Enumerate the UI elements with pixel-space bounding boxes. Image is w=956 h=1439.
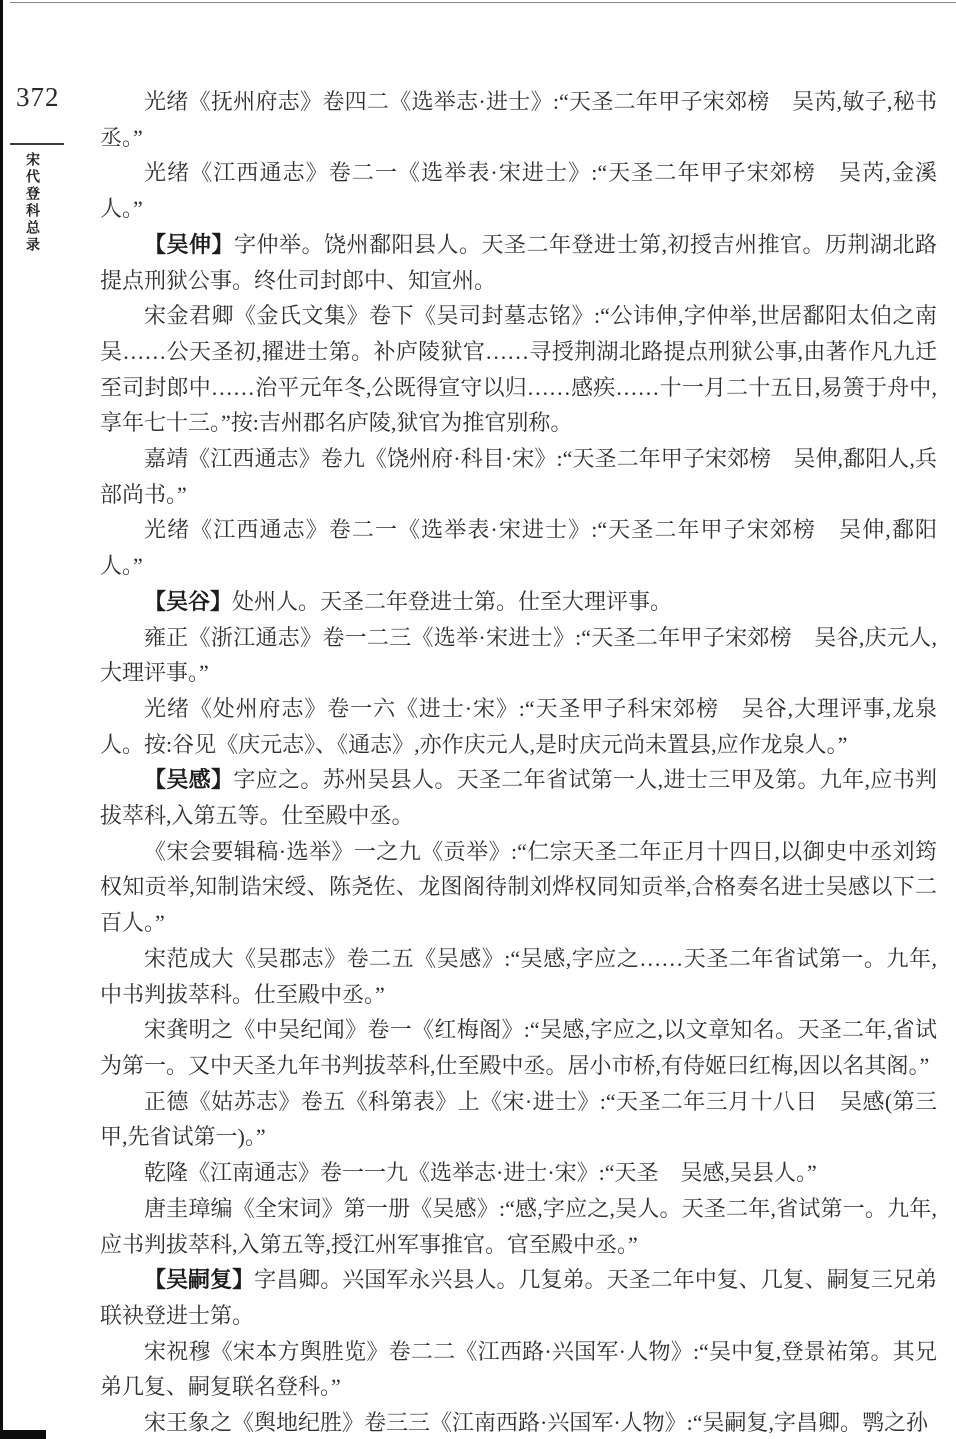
source-paragraph: 宋龚明之《中吴纪闻》卷一《红梅阁》:“吴感,字应之,以文章知名。天圣二年,省试为… <box>100 1012 937 1083</box>
source-paragraph: 光绪《江西通志》卷二一《选举表·宋进士》:“天圣二年甲子宋郊榜 吴芮,金溪人。” <box>100 155 937 226</box>
text-column: 光绪《抚州府志》卷四二《选举志·进士》:“天圣二年甲子宋郊榜 吴芮,敏子,秘书丞… <box>100 84 937 1439</box>
entry-paragraph: 【吴谷】处州人。天圣二年登进士第。仕至大理评事。 <box>100 584 937 620</box>
page-number: 372 <box>16 82 60 113</box>
source-paragraph: 光绪《处州府志》卷一六《进士·宋》:“天圣甲子科宋郊榜 吴谷,大理评事,龙泉人。… <box>100 691 937 762</box>
book-page: 372 宋代登科总录 光绪《抚州府志》卷四二《选举志·进士》:“天圣二年甲子宋郊… <box>0 0 956 1439</box>
source-paragraph: 唐圭璋编《全宋词》第一册《吴感》:“感,字应之,吴人。天圣二年,省试第一。九年,… <box>100 1191 937 1262</box>
source-paragraph: 宋祝穆《宋本方舆胜览》卷二二《江西路·兴国军·人物》:“吴中复,登景祐第。其兄弟… <box>100 1334 937 1405</box>
folio-divider <box>10 143 64 145</box>
entry-name: 【吴嗣复】 <box>144 1267 254 1292</box>
source-paragraph: 乾隆《江南通志》卷一一九《选举志·进士·宋》:“天圣 吴感,吴县人。” <box>100 1155 937 1191</box>
source-paragraph: 雍正《浙江通志》卷一二三《选举·宋进士》:“天圣二年甲子宋郊榜 吴谷,庆元人,大… <box>100 620 937 691</box>
source-paragraph: 宋范成大《吴郡志》卷二五《吴感》:“吴感,字应之……天圣二年省试第一。九年,中书… <box>100 941 937 1012</box>
book-spine-title: 宋代登科总录 <box>23 152 43 254</box>
entry-paragraph: 【吴伸】字仲举。饶州鄱阳县人。天圣二年登进士第,初授吉州推官。历荆湖北路提点刑狱… <box>100 227 937 298</box>
source-paragraph: 正德《姑苏志》卷五《科第表》上《宋·进士》:“天圣二年三月十八日 吴感(第三甲,… <box>100 1084 937 1155</box>
source-paragraph: 宋王象之《舆地纪胜》卷三三《江南西路·兴国军·人物》:“吴嗣复,字昌卿。鹗之孙 <box>100 1405 937 1439</box>
entry-paragraph: 【吴嗣复】字昌卿。兴国军永兴县人。几复弟。天圣二年中复、几复、嗣复三兄弟联袂登进… <box>100 1262 937 1333</box>
scan-edge-left <box>0 0 3 1439</box>
entry-name: 【吴伸】 <box>144 232 234 257</box>
scan-edge-bottom-corner <box>0 1430 46 1439</box>
scan-edge-top <box>10 2 956 3</box>
entry-name: 【吴谷】 <box>144 589 232 614</box>
source-paragraph: 光绪《江西通志》卷二一《选举表·宋进士》:“天圣二年甲子宋郊榜 吴伸,鄱阳人。” <box>100 512 937 583</box>
source-paragraph: 光绪《抚州府志》卷四二《选举志·进士》:“天圣二年甲子宋郊榜 吴芮,敏子,秘书丞… <box>100 84 937 155</box>
source-paragraph: 《宋会要辑稿·选举》一之九《贡举》:“仁宗天圣二年正月十四日,以御史中丞刘筠权知… <box>100 834 937 941</box>
entry-name: 【吴感】 <box>144 767 233 792</box>
source-paragraph: 嘉靖《江西通志》卷九《饶州府·科目·宋》:“天圣二年甲子宋郊榜 吴伸,鄱阳人,兵… <box>100 441 937 512</box>
entry-paragraph: 【吴感】字应之。苏州吴县人。天圣二年省试第一人,进士三甲及第。九年,应书判拔萃科… <box>100 762 937 833</box>
source-paragraph: 宋金君卿《金氏文集》卷下《吴司封墓志铭》:“公讳伸,字仲举,世居鄱阳太伯之南吴…… <box>100 298 937 441</box>
